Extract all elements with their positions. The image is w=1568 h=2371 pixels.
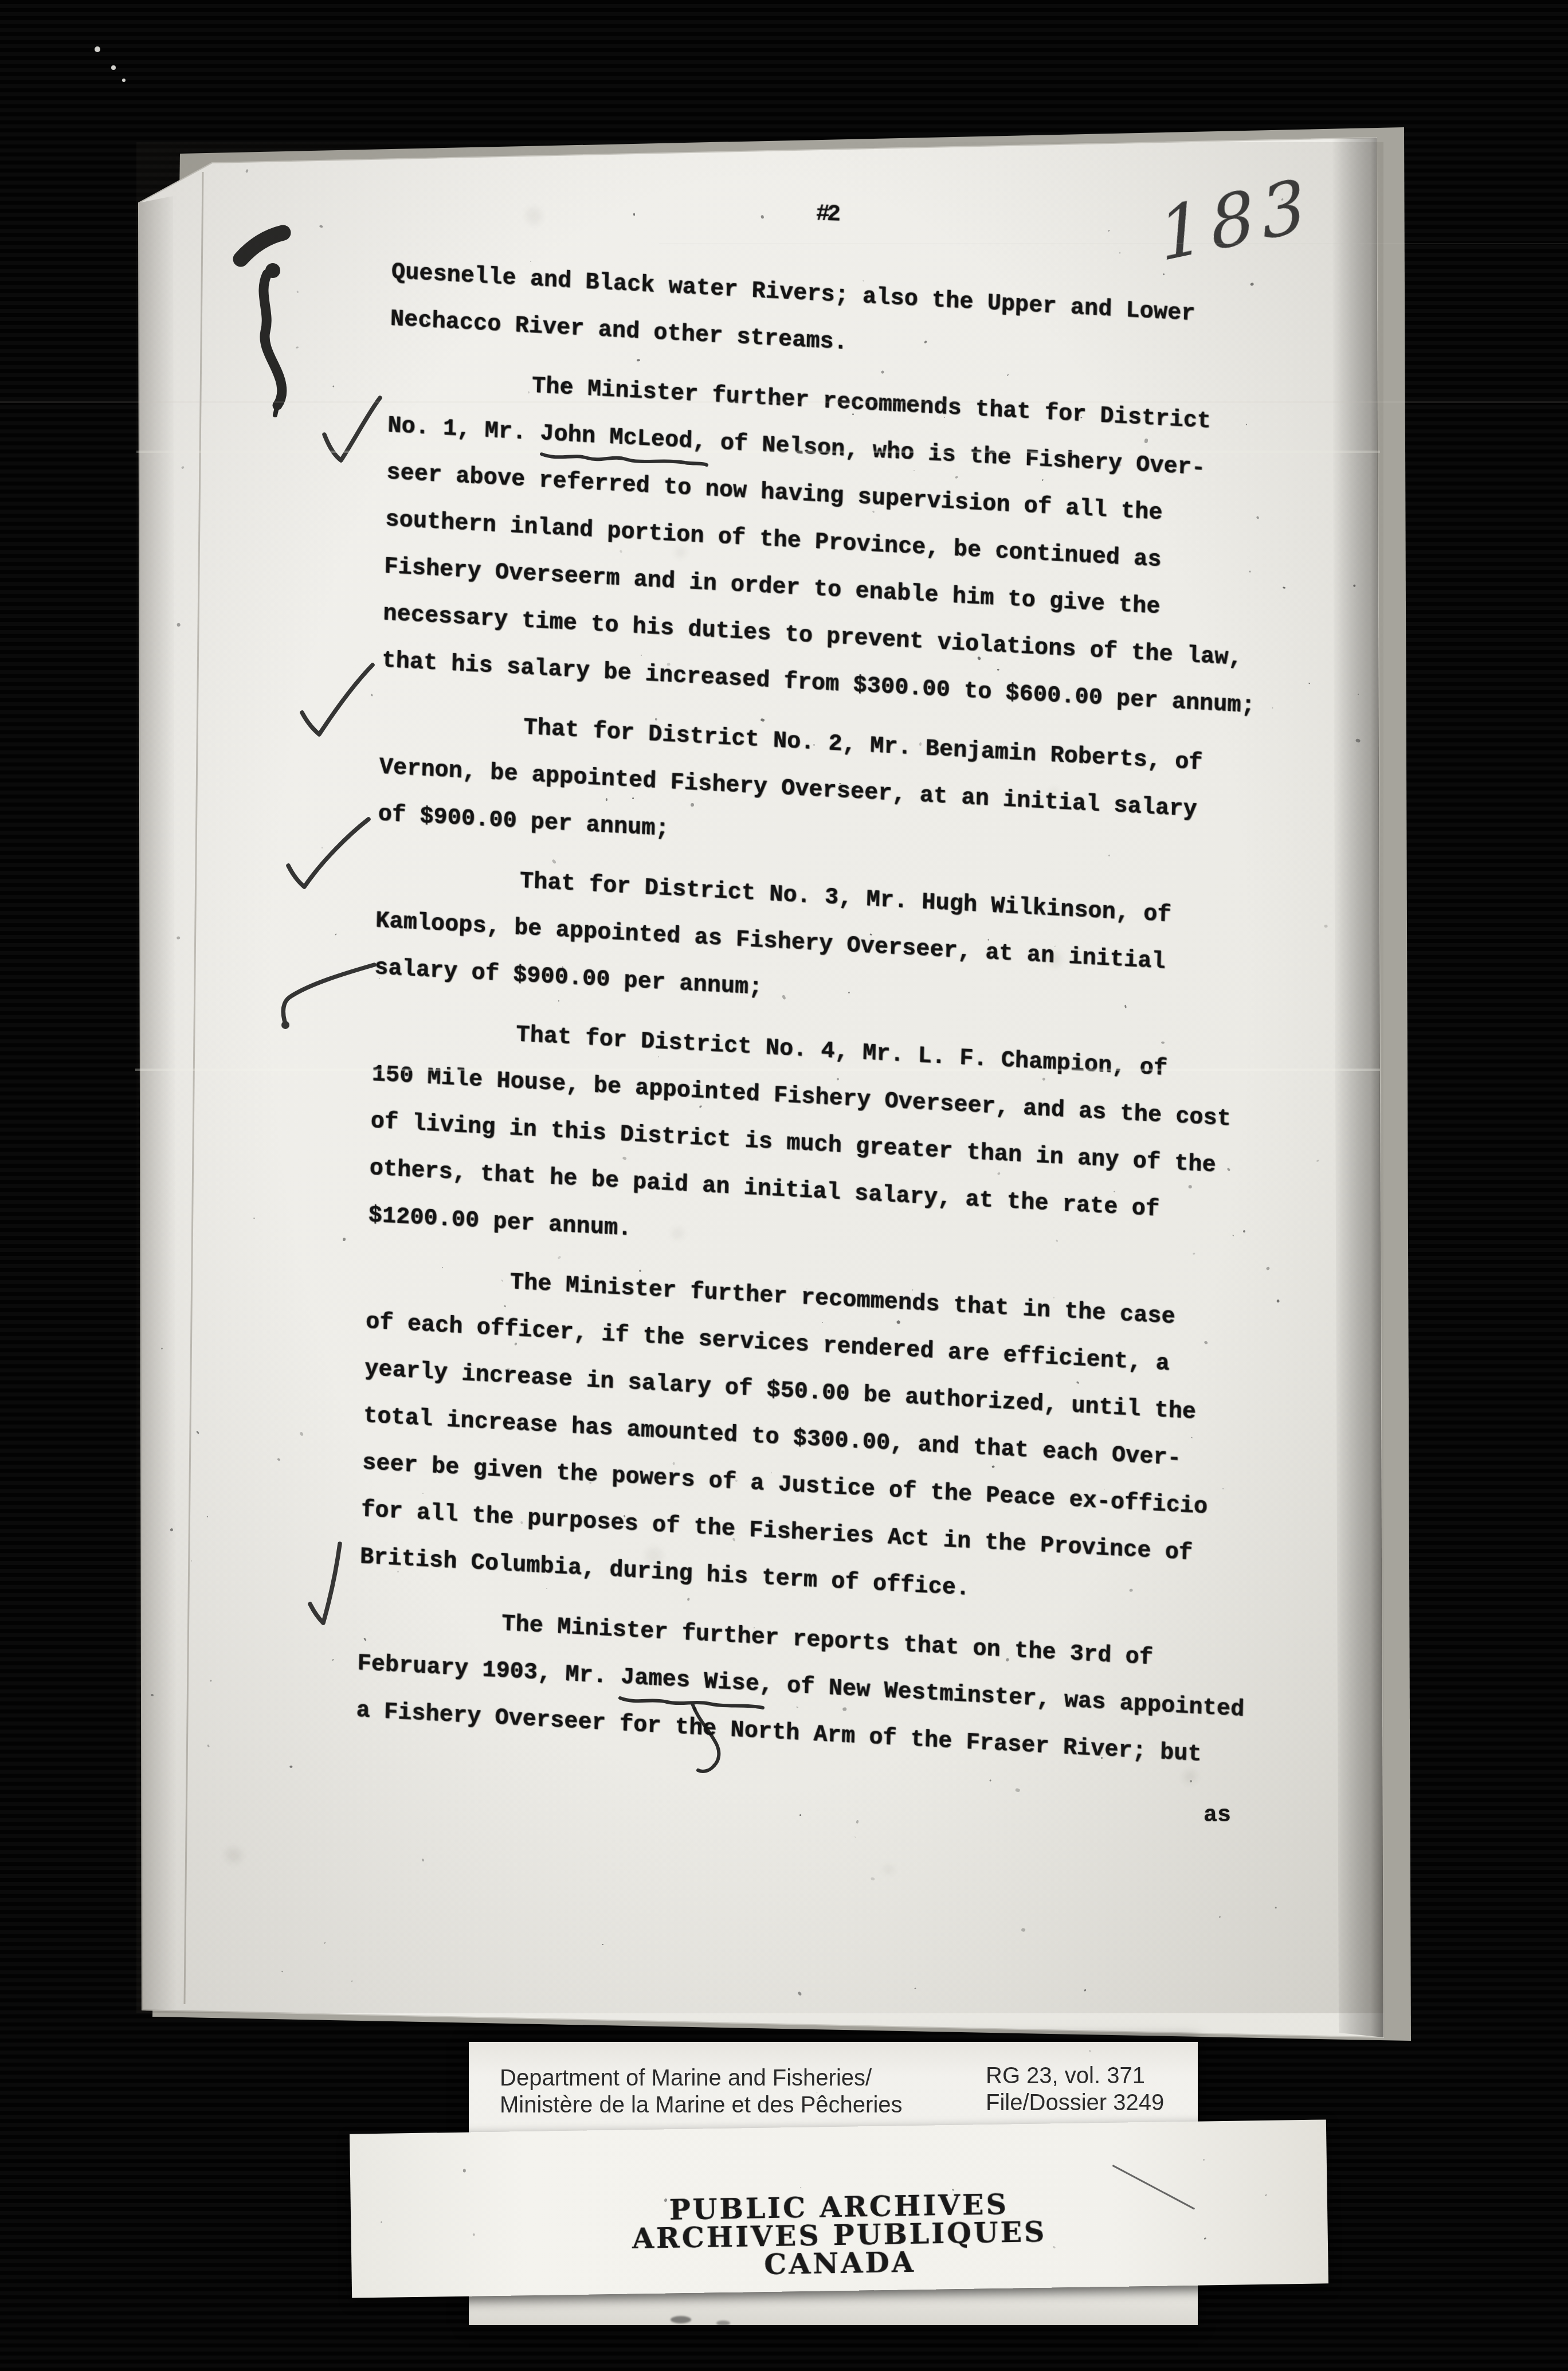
page-left-shadow	[139, 196, 177, 2010]
page-number: #2	[816, 201, 838, 228]
stamp-department-en: Department of Marine and Fisheries/	[500, 2065, 903, 2092]
archives-stamp: PUBLIC ARCHIVES ARCHIVES PUBLIQUES CANAD…	[351, 2185, 1328, 2286]
typed-paragraph: That for District No. 4, Mr. L. F. Champ…	[368, 1004, 1289, 1288]
card-smudge	[716, 2321, 730, 2326]
stamp-file-number: File/Dossier 3249	[986, 2090, 1164, 2116]
typed-paragraph: The Minister further recommends that in …	[359, 1252, 1283, 1629]
archives-stamp-card: PUBLIC ARCHIVES ARCHIVES PUBLIQUES CANAD…	[350, 2119, 1328, 2298]
checkmark-district-4-dot	[281, 1021, 289, 1029]
stamp-department-fr: Ministère de la Marine et des Pêcheries	[500, 2092, 903, 2119]
typed-text-block: Quesnelle and Black water Rivers; also t…	[348, 249, 1308, 1783]
scanned-archival-document: #2 183 as Quesnelle and Black water Rive…	[0, 0, 1568, 2371]
film-dust	[95, 46, 126, 82]
catchword: as	[1204, 1803, 1231, 1829]
stamp-record-group: RG 23, vol. 371	[986, 2063, 1164, 2090]
card-smudge	[671, 2316, 691, 2323]
page-right-fold	[1332, 138, 1383, 2037]
typed-paragraph: The Minister further recommends that for…	[381, 356, 1305, 733]
